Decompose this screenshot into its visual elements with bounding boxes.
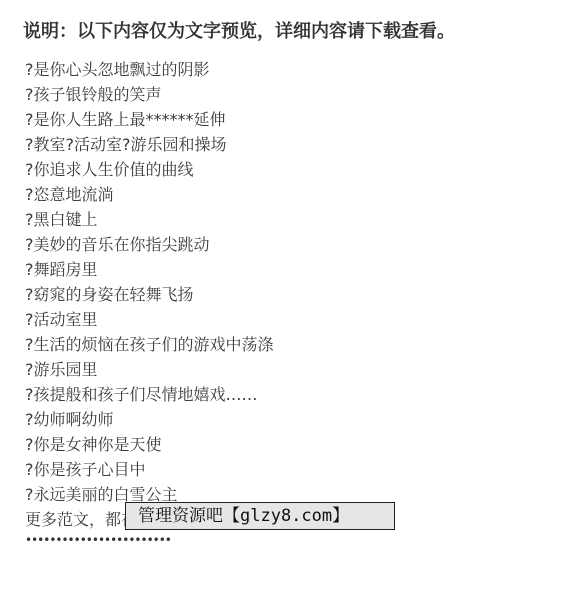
poem-line: ?幼师啊幼师 [25,407,565,432]
site-watermark-banner[interactable]: 管理资源吧【glzy8.com】 [125,502,395,530]
preview-notice: 说明：以下内容仅为文字预览，详细内容请下载查看。 [23,17,455,43]
document-body: ?是你心头忽地飘过的阴影 ?孩子银铃般的笑声 ?是你人生路上最******延伸 … [25,57,565,548]
poem-line: ?窈窕的身姿在轻舞飞扬 [25,282,565,307]
poem-line: ?恣意地流淌 [25,182,565,207]
poem-line: ?是你心头忽地飘过的阴影 [25,57,565,82]
poem-line: ?活动室里 [25,307,565,332]
poem-line: ?游乐园里 [25,357,565,382]
poem-line: ?教室?活动室?游乐园和操场 [25,132,565,157]
dotted-separator: •••••••••••••••••••••••• [25,532,565,548]
poem-line: ?孩子银铃般的笑声 [25,82,565,107]
poem-line: ?你是孩子心目中 [25,457,565,482]
poem-line: ?美妙的音乐在你指尖跳动 [25,232,565,257]
poem-line: ?舞蹈房里 [25,257,565,282]
poem-line: ?是你人生路上最******延伸 [25,107,565,132]
poem-line: ?你是女神你是天使 [25,432,565,457]
poem-line: ?孩提般和孩子们尽情地嬉戏…… [25,382,565,407]
poem-line: ?黑白键上 [25,207,565,232]
poem-line: ?你追求人生价值的曲线 [25,157,565,182]
poem-line: ?生活的烦恼在孩子们的游戏中荡涤 [25,332,565,357]
